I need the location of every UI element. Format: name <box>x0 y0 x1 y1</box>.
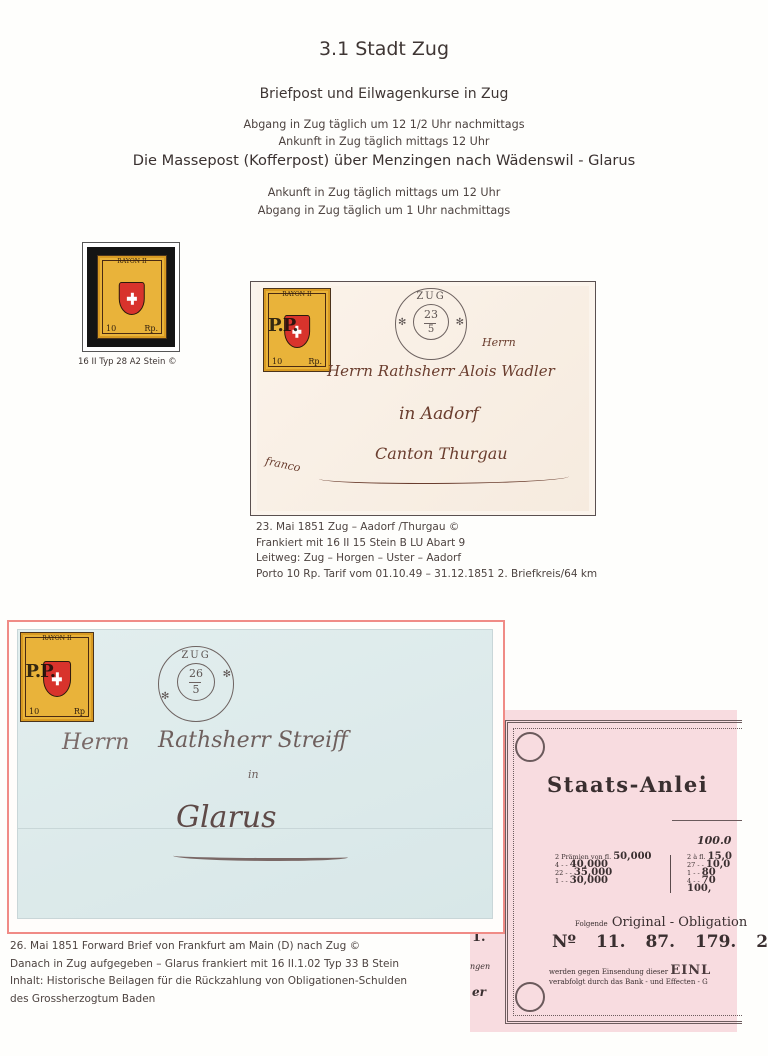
folgende-text: Original - Obligation <box>612 915 747 930</box>
postmark-zug: ZUG 26 5 ✻ ✻ <box>158 646 234 722</box>
enclosure-bond-document: Staats-Anlei 100.0 2 Prämien von fl. 50,… <box>497 710 737 1032</box>
schedule-line: Ankunft in Zug täglich mittags um 12 Uhr <box>0 186 768 199</box>
caption-line: Frankiert mit 16 II 15 Stein B LU Abart … <box>256 536 597 552</box>
corner-ornament-icon <box>515 982 545 1012</box>
address-in: in <box>248 768 259 781</box>
enclosure-folgende: Folgende Original - Obligation <box>575 915 747 930</box>
stamp-rayon: RAYON II <box>98 258 166 265</box>
stamp-rayon: RAYON II <box>264 291 330 298</box>
page-subtitle: Briefpost und Eilwagenkurse in Zug <box>0 86 768 102</box>
folgende-prefix: Folgende <box>575 920 608 928</box>
cover-glarus-caption: 26. Mai 1851 Forward Brief von Frankfurt… <box>10 938 407 1008</box>
caption-line: Leitweg: Zug – Horgen – Uster – Aadorf <box>256 551 597 567</box>
schedule-line: Abgang in Zug täglich um 12 1/2 Uhr nach… <box>0 118 768 131</box>
address-town: Glarus <box>176 800 277 835</box>
schedule-line: Ankunft in Zug täglich mittags 12 Uhr <box>0 135 768 148</box>
caption-line: 26. Mai 1851 Forward Brief von Frankfurt… <box>10 938 407 956</box>
stamp-mount: RAYON II 10 Rp. <box>87 247 175 347</box>
stamp-value: 10 <box>29 707 39 716</box>
pp-cancel-mark: P.P. <box>268 315 298 336</box>
cover-aadorf-caption: 23. Mai 1851 Zug – Aadorf /Thurgau © Fra… <box>256 520 597 582</box>
postmark-month: 5 <box>159 683 233 696</box>
line-1-bold: EINL <box>670 963 711 978</box>
enclosure-amount: 100.0 <box>697 834 731 847</box>
caption-line: 23. Mai 1851 Zug – Aadorf /Thurgau © <box>256 520 597 536</box>
stamp-value: 10 <box>272 357 282 366</box>
enclosure-left-fragment: 1. ngen er <box>470 920 500 1032</box>
swiss-cross-icon <box>127 293 137 305</box>
stamp-rayon: RAYON II <box>21 635 93 642</box>
star-icon: ✻ <box>161 691 169 702</box>
cover-glarus: RAYON II P.P. 10 Rp ZUG 26 5 ✻ ✻ Herrn R… <box>18 630 492 918</box>
single-stamp-frame: RAYON II 10 Rp. <box>82 242 180 352</box>
page-title: 3.1 Stadt Zug <box>0 38 768 60</box>
fragment-text: er <box>472 985 486 999</box>
enclosure-line-1: werden gegen Einsendung dieser EINL <box>549 963 711 978</box>
premium-row: 100, <box>687 885 711 893</box>
schedule-line: Abgang in Zug täglich um 1 Uhr nachmitta… <box>0 204 768 217</box>
address-canton: Canton Thurgau <box>375 444 508 463</box>
section-heading: Die Massepost (Kofferpost) über Menzinge… <box>0 152 768 169</box>
obligation-numbers: Nº 11. 87. 179. 2 <box>552 932 768 952</box>
pp-cancel-mark: P.P. <box>25 661 55 682</box>
caption-line: Inhalt: Historische Beilagen für die Rüc… <box>10 973 407 991</box>
enclosure-title: Staats-Anlei <box>547 772 708 797</box>
stamp-currency: Rp. <box>308 357 322 366</box>
address-name: Herrn Rathsherr Alois Wadler <box>327 362 555 380</box>
postmark-zug: ZUG 23 5 ✻ ✻ <box>395 288 467 360</box>
address-salutation: Herrn <box>482 336 516 349</box>
enclosure-line-2: verabfolgt durch das Bank - und Effecten… <box>549 978 708 986</box>
stamp-image: RAYON II P.P. 10 Rp. <box>263 288 331 372</box>
address-name: Rathsherr Streiff <box>158 728 348 753</box>
single-stamp-caption: 16 II Typ 28 A2 Stein © <box>78 357 177 367</box>
star-icon: ✻ <box>456 317 464 328</box>
star-icon: ✻ <box>398 317 406 328</box>
flourish-line <box>319 471 569 484</box>
address-salutation: Herrn <box>62 730 129 755</box>
stamp-currency: Rp. <box>144 324 158 333</box>
stamp-image: RAYON II P.P. 10 Rp <box>20 632 94 722</box>
line-1-prefix: werden gegen Einsendung dieser <box>549 968 668 976</box>
postmark-town: ZUG <box>159 650 233 661</box>
corner-ornament-icon <box>515 732 545 762</box>
postmark-town: ZUG <box>396 291 466 302</box>
stamp-image: RAYON II 10 Rp. <box>97 255 167 339</box>
stamp-currency: Rp <box>74 707 85 716</box>
fragment-text: ngen <box>470 962 490 971</box>
franco-note: franco <box>264 454 302 474</box>
premium-row: 1 - - 30,000 <box>555 877 608 885</box>
cover-aadorf: RAYON II P.P. 10 Rp. ZUG 23 5 ✻ ✻ Herrn … <box>250 281 596 516</box>
caption-line: Porto 10 Rp. Tarif vom 01.10.49 – 31.12.… <box>256 567 597 583</box>
caption-line: Danach in Zug aufgegeben – Glarus franki… <box>10 956 407 974</box>
address-town: in Aadorf <box>399 404 479 424</box>
caption-line: des Grossherzogtum Baden <box>10 991 407 1009</box>
flourish-line <box>173 852 348 861</box>
star-icon: ✻ <box>223 669 231 680</box>
stamp-value: 10 <box>106 324 116 333</box>
